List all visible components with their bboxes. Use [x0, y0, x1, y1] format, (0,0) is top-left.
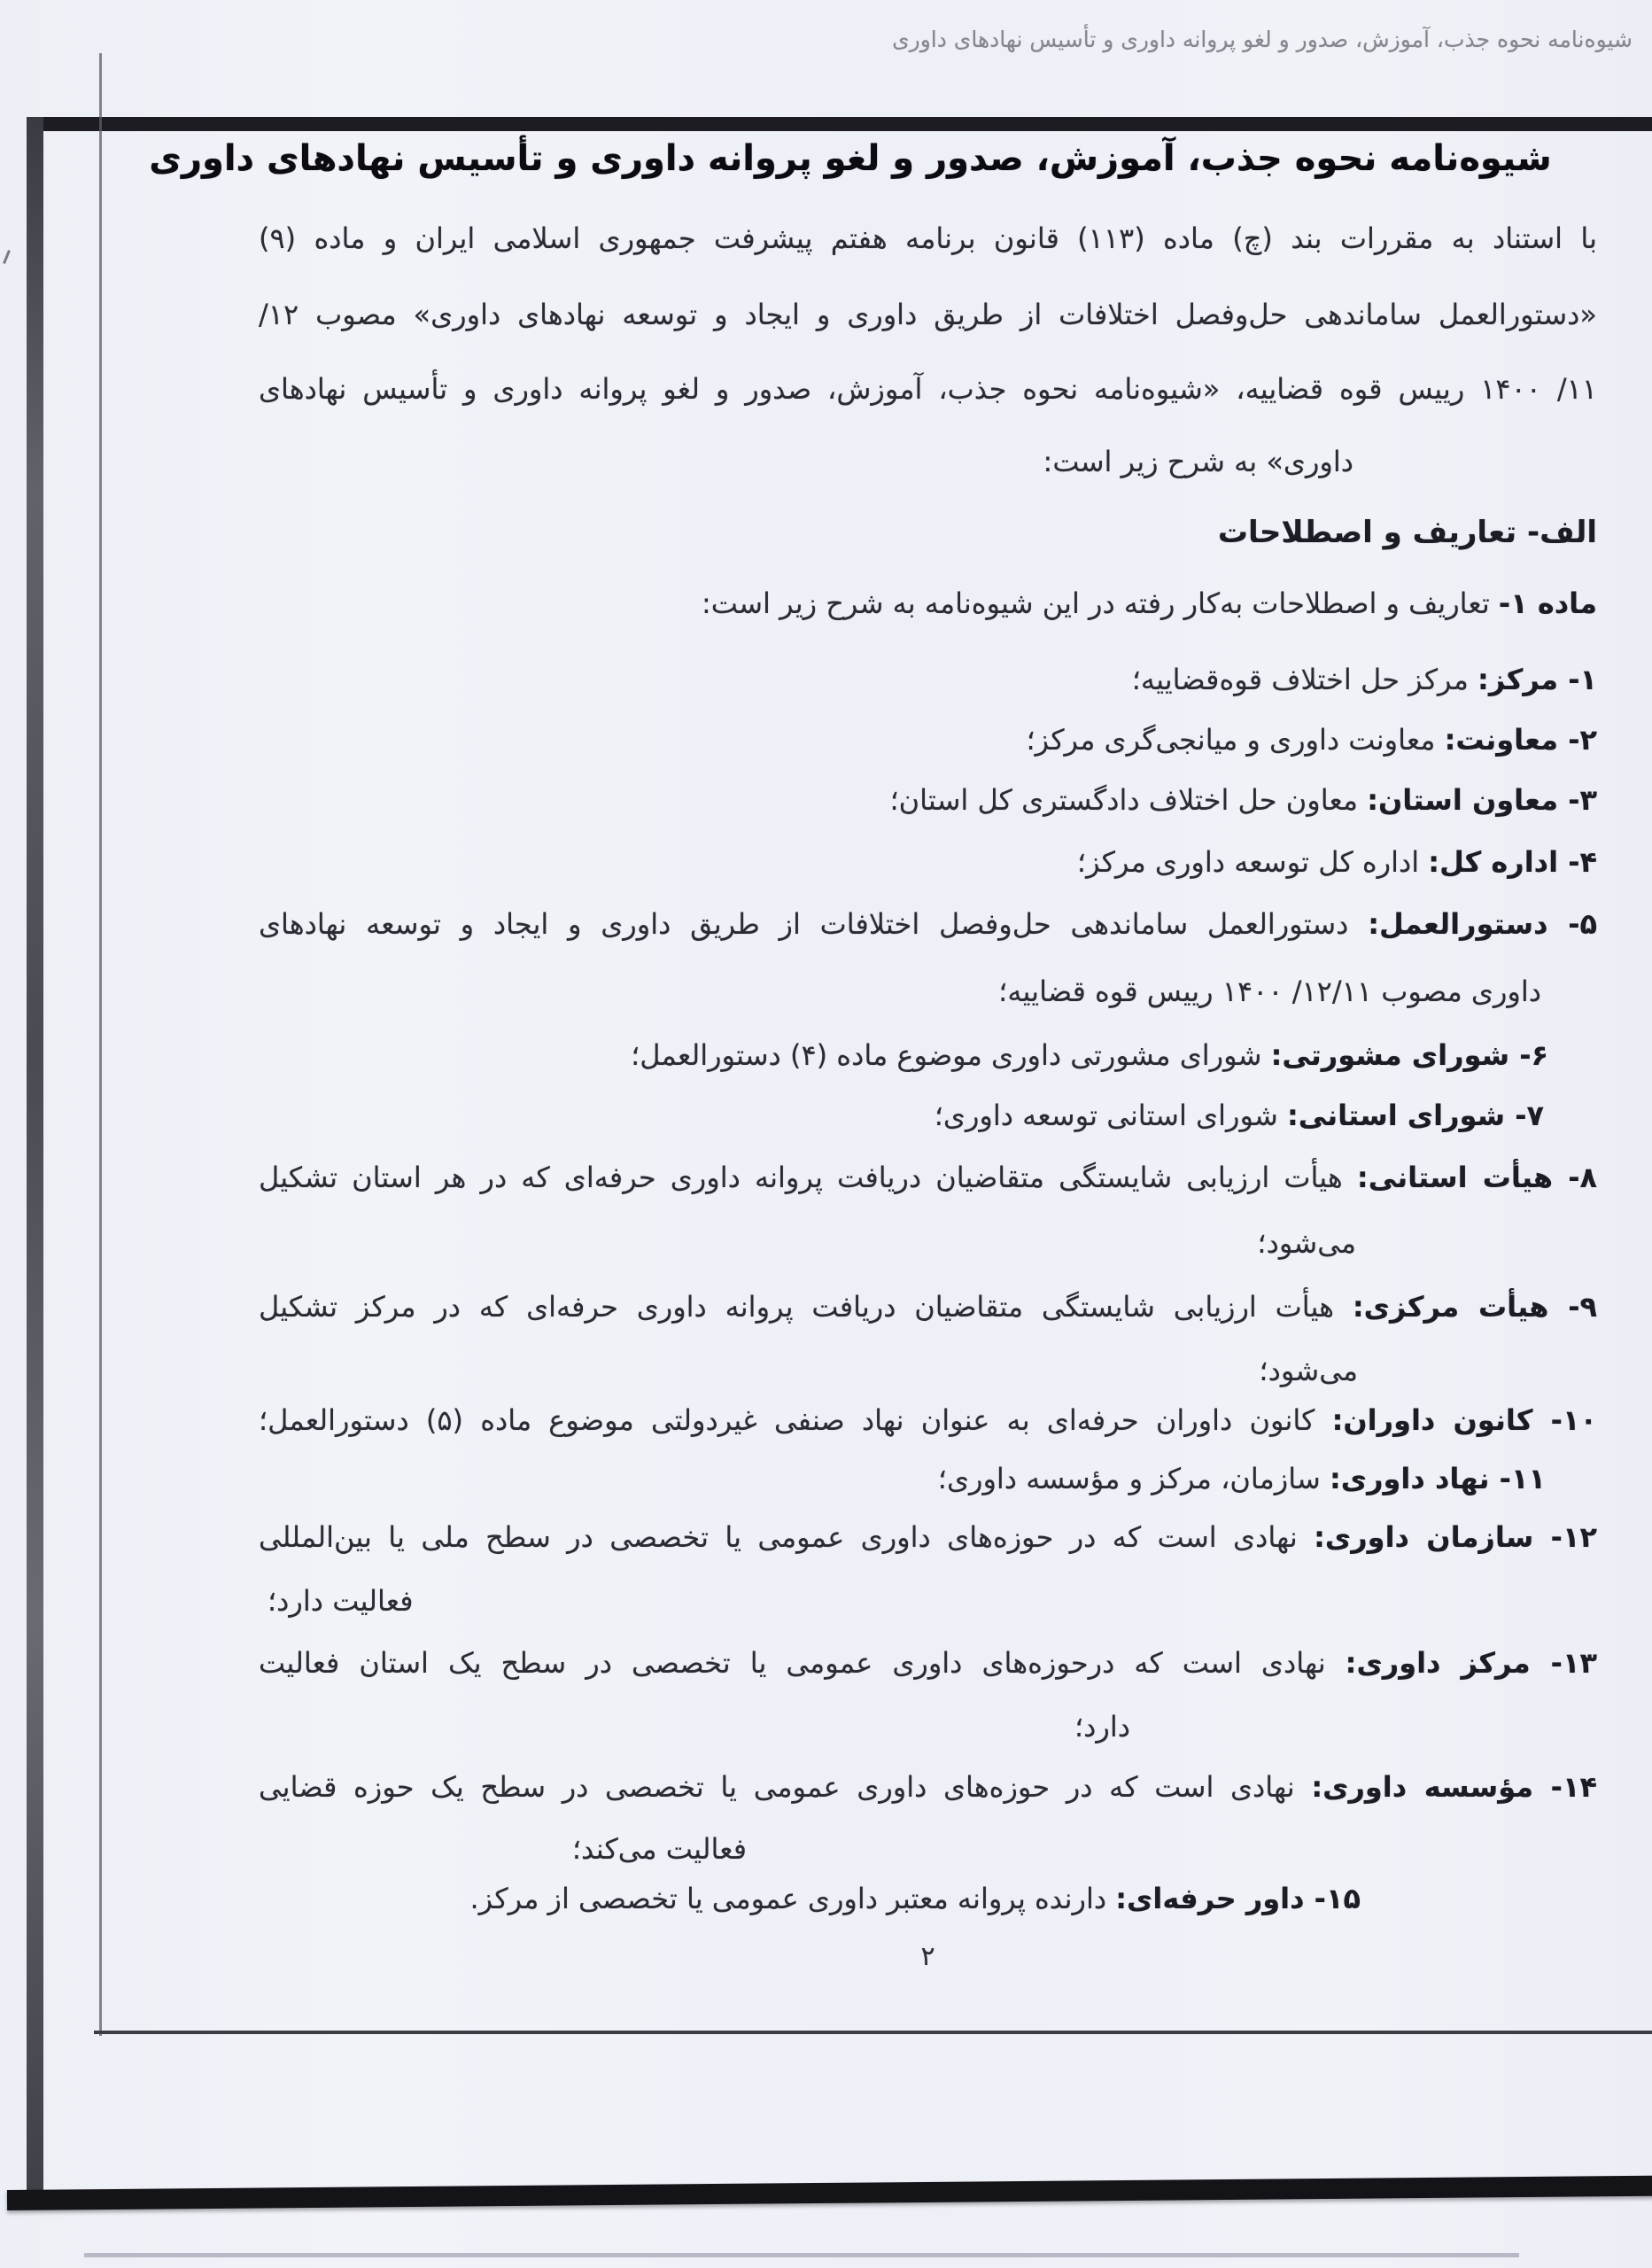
definition-item-7: ۷- شورای استانی: شورای استانی توسعه داور…: [935, 1095, 1544, 1136]
definition-item-10: ۱۰- کانون داوران: کانون داوران حرفه‌ای ب…: [259, 1400, 1597, 1441]
definition-item-6: ۶- شورای مشورتی: شورای مشورتی داوری موضو…: [631, 1035, 1548, 1076]
intro-line-2: «دستورالعمل ساماندهی حل‌وفصل اختلافات از…: [259, 294, 1597, 335]
definition-term: ۱۱- نهاد داوری:: [1330, 1462, 1546, 1495]
definition-text: کانون داوران حرفه‌ای به عنوان نهاد صنفی …: [259, 1403, 1315, 1437]
definition-item-11: ۱۱- نهاد داوری: سازمان، مرکز و مؤسسه داو…: [938, 1458, 1546, 1499]
definition-item-9-continuation: می‌شود؛: [1259, 1350, 1358, 1391]
definition-item-14: ۱۴- مؤسسه داوری: نهادی است که در حوزه‌ها…: [259, 1767, 1597, 1807]
definition-item-13-continuation: دارد؛: [1074, 1706, 1130, 1747]
definition-text: اداره کل توسعه داوری مرکز؛: [1077, 845, 1419, 879]
frame-left-border: [27, 117, 43, 2201]
article-1-text: تعاریف و اصطلاحات به‌کار رفته در این شیو…: [702, 586, 1490, 620]
definition-term: ۱۳- مرکز داوری:: [1346, 1646, 1597, 1680]
definition-term: ۱۵- داور حرفه‌ای:: [1115, 1882, 1361, 1915]
scanned-document-page: شیوه‌نامه نحوه جذب، آموزش، صدور و لغو پر…: [0, 0, 1652, 2268]
intro-line-3: ۱۱/ ۱۴۰۰ رییس قوه قضاییه، «شیوه‌نامه نحو…: [259, 369, 1597, 409]
definition-term: ۱۴- مؤسسه داوری:: [1311, 1770, 1597, 1804]
definition-text: هیأت ارزیابی شایستگی متقاضیان دریافت پرو…: [259, 1161, 1343, 1194]
definition-item-5-continuation: داوری مصوب ۱۲/۱۱/ ۱۴۰۰ رییس قوه قضاییه؛: [998, 971, 1541, 1012]
definition-item-4: ۴- اداره کل: اداره کل توسعه داوری مرکز؛: [1077, 842, 1597, 882]
definition-item-9: ۹- هیأت مرکزی: هیأت ارزیابی شایستگی متقا…: [259, 1286, 1597, 1327]
definition-item-13: ۱۳- مرکز داوری: نهادی است که درحوزه‌های …: [259, 1643, 1597, 1683]
definition-item-15: ۱۵- داور حرفه‌ای: دارنده پروانه معتبر دا…: [470, 1878, 1361, 1919]
definition-item-14-continuation: فعالیت می‌کند؛: [572, 1829, 747, 1869]
article-1-line: ماده ۱- تعاریف و اصطلاحات به‌کار رفته در…: [702, 583, 1597, 624]
definition-item-2: ۲- معاونت: معاونت داوری و میانجی‌گری مرک…: [1026, 719, 1597, 760]
definition-text: شورای مشورتی داوری موضوع ماده (۴) دستورا…: [631, 1038, 1261, 1072]
definition-text: نهادی است که در حوزه‌های داوری عمومی یا …: [259, 1770, 1295, 1804]
definition-item-8-continuation: می‌شود؛: [1257, 1223, 1356, 1263]
definition-text: دستورالعمل ساماندهی حل‌وفصل اختلافات از …: [259, 907, 1348, 941]
page-header: شیوه‌نامه نحوه جذب، آموزش، صدور و لغو پر…: [892, 27, 1633, 52]
definition-item-12: ۱۲- سازمان داوری: نهادی است که در حوزه‌ه…: [259, 1517, 1597, 1557]
definition-item-5: ۵- دستورالعمل: دستورالعمل ساماندهی حل‌وف…: [259, 904, 1597, 944]
definition-text: شورای استانی توسعه داوری؛: [935, 1099, 1278, 1132]
intro-line-1: با استناد به مقررات بند (چ) ماده (۱۱۳) ق…: [259, 218, 1597, 259]
article-1-label: ماده ۱-: [1499, 586, 1597, 620]
definition-item-8: ۸- هیأت استانی: هیأت ارزیابی شایستگی متق…: [259, 1157, 1597, 1198]
document-title: شیوه‌نامه نحوه جذب، آموزش، صدور و لغو پر…: [115, 138, 1586, 179]
definition-term: ۲- معاونت:: [1445, 723, 1597, 757]
definition-text: معاونت داوری و میانجی‌گری مرکز؛: [1026, 723, 1435, 757]
definition-item-1: ۱- مرکز: مرکز حل اختلاف قوه‌قضاییه؛: [1132, 659, 1597, 700]
definition-text: مرکز حل اختلاف قوه‌قضاییه؛: [1132, 663, 1469, 696]
definition-item-12-continuation: فعالیت دارد؛: [268, 1581, 414, 1621]
definition-term: ۱۲- سازمان داوری:: [1314, 1520, 1597, 1554]
bottom-scan-bar: [7, 2176, 1652, 2210]
section-a-heading: الف- تعاریف و اصطلاحات: [1218, 512, 1597, 553]
page-number: ۲: [259, 1937, 1597, 1977]
frame-top-border: [27, 117, 1652, 131]
definition-term: ۵- دستورالعمل:: [1368, 907, 1597, 941]
definition-text: دارنده پروانه معتبر داوری عمومی یا تخصصی…: [470, 1882, 1107, 1915]
margin-scan-mark: [3, 250, 11, 264]
frame-inner-bottom-line: [94, 2031, 1652, 2034]
bottom-scan-edge-line: [84, 2253, 1519, 2257]
definition-text: نهادی است که در حوزه‌های داوری عمومی یا …: [259, 1520, 1298, 1554]
definition-text: معاون حل اختلاف دادگستری کل استان؛: [889, 783, 1358, 817]
definition-term: ۴- اداره کل:: [1428, 845, 1597, 879]
intro-line-4: داوری» به شرح زیر است:: [1043, 441, 1353, 482]
definition-text: سازمان، مرکز و مؤسسه داوری؛: [938, 1462, 1321, 1495]
definition-term: ۸- هیأت استانی:: [1357, 1161, 1597, 1194]
frame-inner-vertical-line: [99, 53, 102, 2036]
definition-term: ۶- شورای مشورتی:: [1271, 1038, 1548, 1072]
definition-term: ۷- شورای استانی:: [1287, 1099, 1544, 1132]
definition-term: ۳- معاون استان:: [1367, 783, 1597, 817]
definition-term: ۹- هیأت مرکزی:: [1353, 1290, 1597, 1324]
definition-item-3: ۳- معاون استان: معاون حل اختلاف دادگستری…: [889, 780, 1597, 820]
definition-text: هیأت ارزیابی شایستگی متقاضیان دریافت پرو…: [259, 1290, 1334, 1324]
definition-term: ۱۰- کانون داوران:: [1332, 1403, 1597, 1437]
definition-text: نهادی است که درحوزه‌های داوری عمومی یا ت…: [259, 1646, 1326, 1680]
definition-term: ۱- مرکز:: [1477, 663, 1597, 696]
